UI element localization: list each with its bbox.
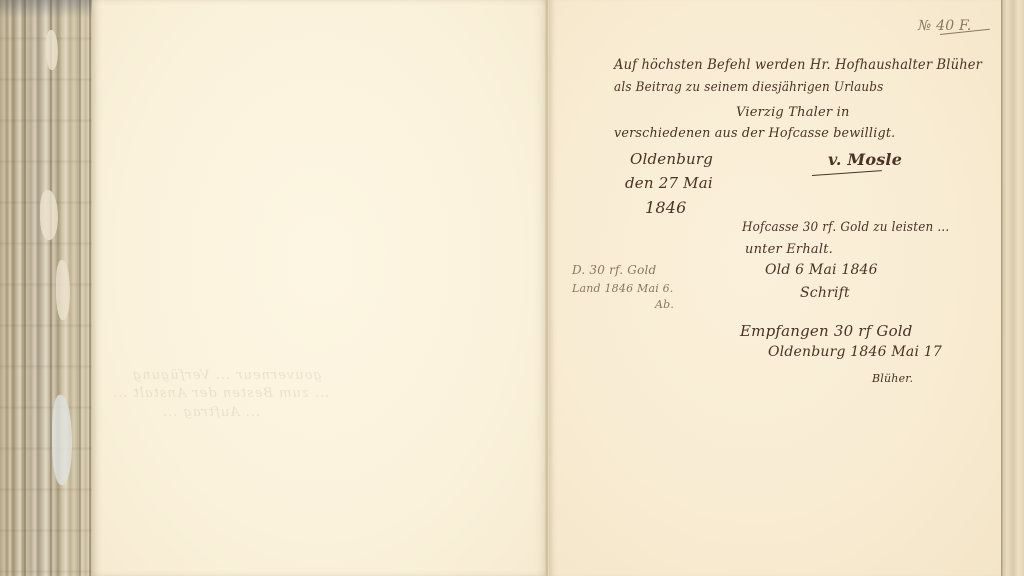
margin-note-initials: Ab. [655,298,674,311]
right-page-edge [1001,0,1024,576]
margin-note-line-2: Land 1846 Mai 6. [572,282,674,295]
book-page-edges [0,0,92,576]
torn-edge [56,260,70,320]
date: den 27 Mai [625,174,713,192]
order-date: Old 6 Mai 1846 [765,262,878,278]
receipt-line-2: Oldenburg 1846 Mai 17 [768,344,942,360]
edge-line [89,0,91,576]
torn-edge [40,190,58,240]
receipt-line-1: Empfangen 30 rf Gold [740,322,913,340]
torn-edge [46,30,58,70]
year: 1846 [645,198,687,217]
bleed-through-text: ... zum Besten der Anstalt ... [112,386,329,401]
margin-note-line-1: D. 30 rf. Gold [572,263,656,277]
torn-edge [52,395,72,485]
main-text-line-1: Auf höchsten Befehl werden Hr. Hofhausha… [614,57,982,73]
order-line-1: Hofcasse 30 rf. Gold zu leisten ... [742,220,949,235]
left-page: gouverneur ... Verfügung ... zum Besten … [92,0,547,576]
main-text-line-2: als Beitrag zu seinem diesjährigen Urlau… [614,80,883,95]
order-signature: Schrift [800,285,850,301]
main-text-line-4: verschiedenen aus der Hofcasse bewilligt… [614,126,895,141]
place: Oldenburg [630,150,713,168]
main-text-line-3: Vierzig Thaler in [736,105,850,120]
bleed-through-text: ... Auftrag ... [162,405,260,420]
edge-line [50,0,52,576]
edge-line [79,0,81,576]
signature-1: v. Mosle [828,150,902,169]
order-line-2: unter Erhalt. [745,242,833,257]
edge-line [24,0,26,576]
receipt-signature: Blüher. [872,372,913,385]
bleed-through-text: gouverneur ... Verfügung [132,368,322,383]
manuscript-scan: gouverneur ... Verfügung ... zum Besten … [0,0,1024,576]
